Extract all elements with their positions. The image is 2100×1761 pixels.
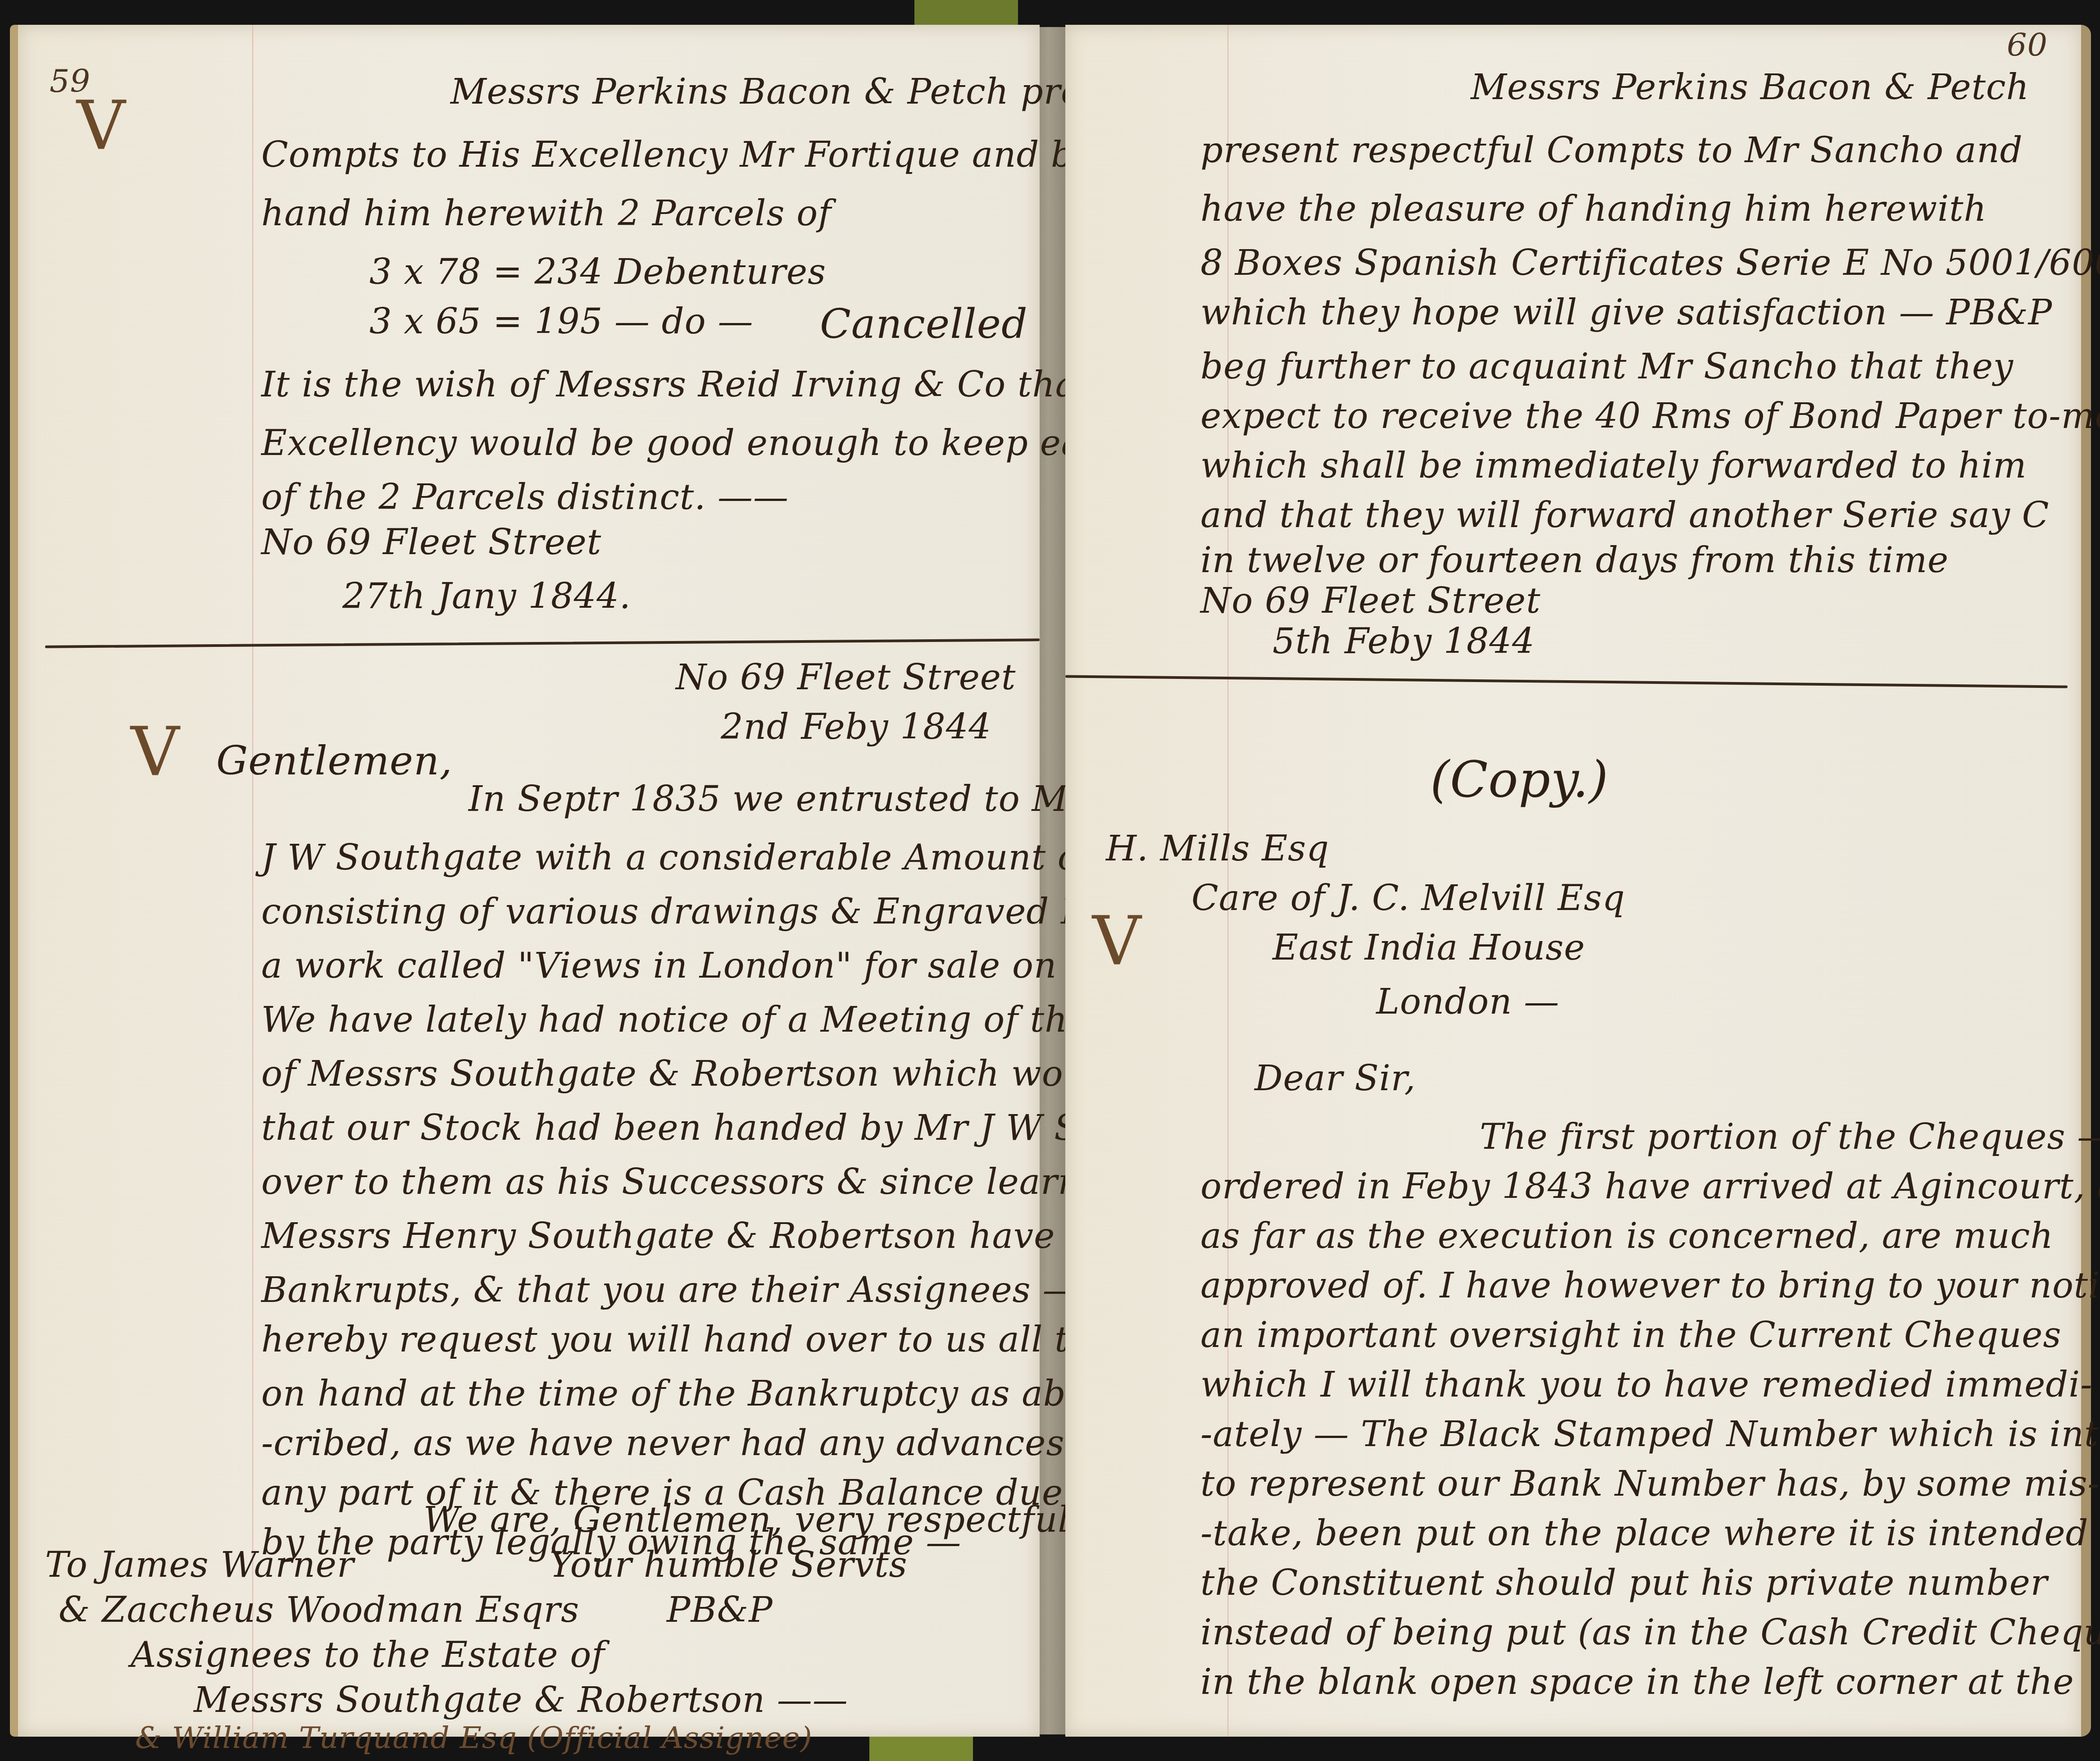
entry-line: to represent our Bank Number has, by som… — [1200, 1466, 2100, 1502]
entry-line: in twelve or fourteen days from this tim… — [1200, 543, 1949, 578]
entry-line: approved of. I have however to bring to … — [1200, 1268, 2100, 1303]
margin-rule — [252, 25, 253, 1737]
entry-line: and that they will forward another Serie… — [1200, 498, 2049, 533]
entry-line: ordered in Feby 1843 have arrived at Agi… — [1200, 1169, 2100, 1204]
entry-line: which I will thank you to have remedied … — [1200, 1367, 2093, 1402]
page-number: 60 — [2007, 29, 2048, 61]
recipient-line: H. Mills Esq — [1106, 831, 1329, 866]
check-mark-icon: V — [131, 719, 180, 786]
entry-line: 8 Boxes Spanish Certificates Serie E No … — [1200, 246, 2100, 281]
right-page: 60 Messrs Perkins Bacon & Petch present … — [1065, 25, 2091, 1737]
entry-address: No 69 Fleet Street — [1200, 583, 1541, 619]
entry-divider — [45, 638, 1040, 648]
entry-line: Messrs Perkins Bacon & Petch present — [450, 74, 1159, 109]
entry-line: which shall be immediately forwarded to … — [1200, 448, 2027, 483]
entry-line: -ately — The Black Stamped Number which … — [1200, 1417, 2100, 1452]
addressee-line: Messrs Southgate & Robertson —— — [194, 1683, 848, 1718]
recipient-line: London — — [1376, 984, 1559, 1019]
cloth-bookmark-bottom — [869, 1737, 973, 1761]
entry-line: -take, been put on the place where it is… — [1200, 1516, 2089, 1551]
entry-line: the Constituent should put his private n… — [1200, 1565, 2048, 1601]
salutation: Dear Sir, — [1255, 1061, 1416, 1096]
entry-line: It is the wish of Messrs Reid Irving & C… — [261, 367, 1164, 402]
entry-line: In Septr 1835 we entrusted to Mr — [468, 782, 1086, 817]
open-letter-book: 59 V Messrs Perkins Bacon & Petch presen… — [0, 0, 2100, 1761]
entry-divider — [1065, 675, 2068, 688]
entry-line: expect to receive the 40 Rms of Bond Pap… — [1200, 399, 2100, 434]
addressee-line: & Zaccheus Woodman Esqrs — [59, 1593, 579, 1628]
left-page: 59 V Messrs Perkins Bacon & Petch presen… — [10, 25, 1040, 1737]
entry-line: which they hope will give satisfaction —… — [1200, 295, 2052, 330]
entry-line: hand him herewith 2 Parcels of — [261, 196, 832, 231]
entry-line: Excellency would be good enough to keep … — [261, 426, 1126, 461]
signature: PB&P — [667, 1593, 773, 1628]
entry-line: 3 x 78 = 234 Debentures — [369, 255, 826, 290]
closing-line: Your humble Servts — [550, 1547, 908, 1583]
check-mark-icon: V — [77, 92, 126, 160]
entry-line: instead of being put (as in the Cash Cre… — [1200, 1615, 2100, 1650]
salutation: Gentlemen, — [216, 741, 453, 781]
entry-line: 3 x 65 = 195 — do — — [369, 304, 754, 339]
entry-date: 2nd Feby 1844 — [721, 710, 991, 745]
entry-line: beg further to acquaint Mr Sancho that t… — [1200, 349, 2014, 384]
addressee-line: Assignees to the Estate of — [131, 1638, 605, 1673]
addressee-line: & William Turquand Esq (Official Assigne… — [135, 1723, 812, 1753]
copy-heading: (Copy.) — [1430, 755, 1609, 804]
closing-line: We are, Gentlemen, very respectfully — [423, 1502, 1101, 1538]
addressee-line: To James Warner — [45, 1547, 354, 1583]
entry-line: of the 2 Parcels distinct. —— — [261, 480, 789, 515]
cancelled-note: Cancelled — [820, 304, 1028, 345]
entry-line: Compts to His Excellency Mr Fortique and… — [261, 137, 1166, 173]
entry-date: 5th Feby 1844 — [1273, 624, 1535, 659]
entry-line: -cribed, as we have never had any advanc… — [261, 1426, 1167, 1461]
cloth-bookmark-top — [914, 0, 1018, 27]
recipient-line: East India House — [1273, 930, 1585, 965]
entry-address: No 69 Fleet Street — [261, 525, 601, 560]
entry-line: present respectful Compts to Mr Sancho a… — [1200, 133, 2023, 168]
entry-line: Messrs Perkins Bacon & Petch — [1471, 70, 2029, 105]
recipient-line: Care of J. C. Melvill Esq — [1191, 881, 1625, 916]
entry-line: The first portion of the Cheques — — [1480, 1119, 2100, 1155]
entry-line: have the pleasure of handing him herewit… — [1200, 191, 1987, 227]
entry-date: 27th Jany 1844. — [342, 579, 631, 614]
entry-line: as far as the execution is concerned, ar… — [1200, 1219, 2054, 1254]
check-mark-icon: V — [1092, 908, 1141, 975]
entry-line: in the blank open space in the left corn… — [1200, 1665, 2074, 1700]
entry-address: No 69 Fleet Street — [676, 660, 1016, 695]
entry-line: an important oversight in the Current Ch… — [1200, 1318, 2062, 1353]
